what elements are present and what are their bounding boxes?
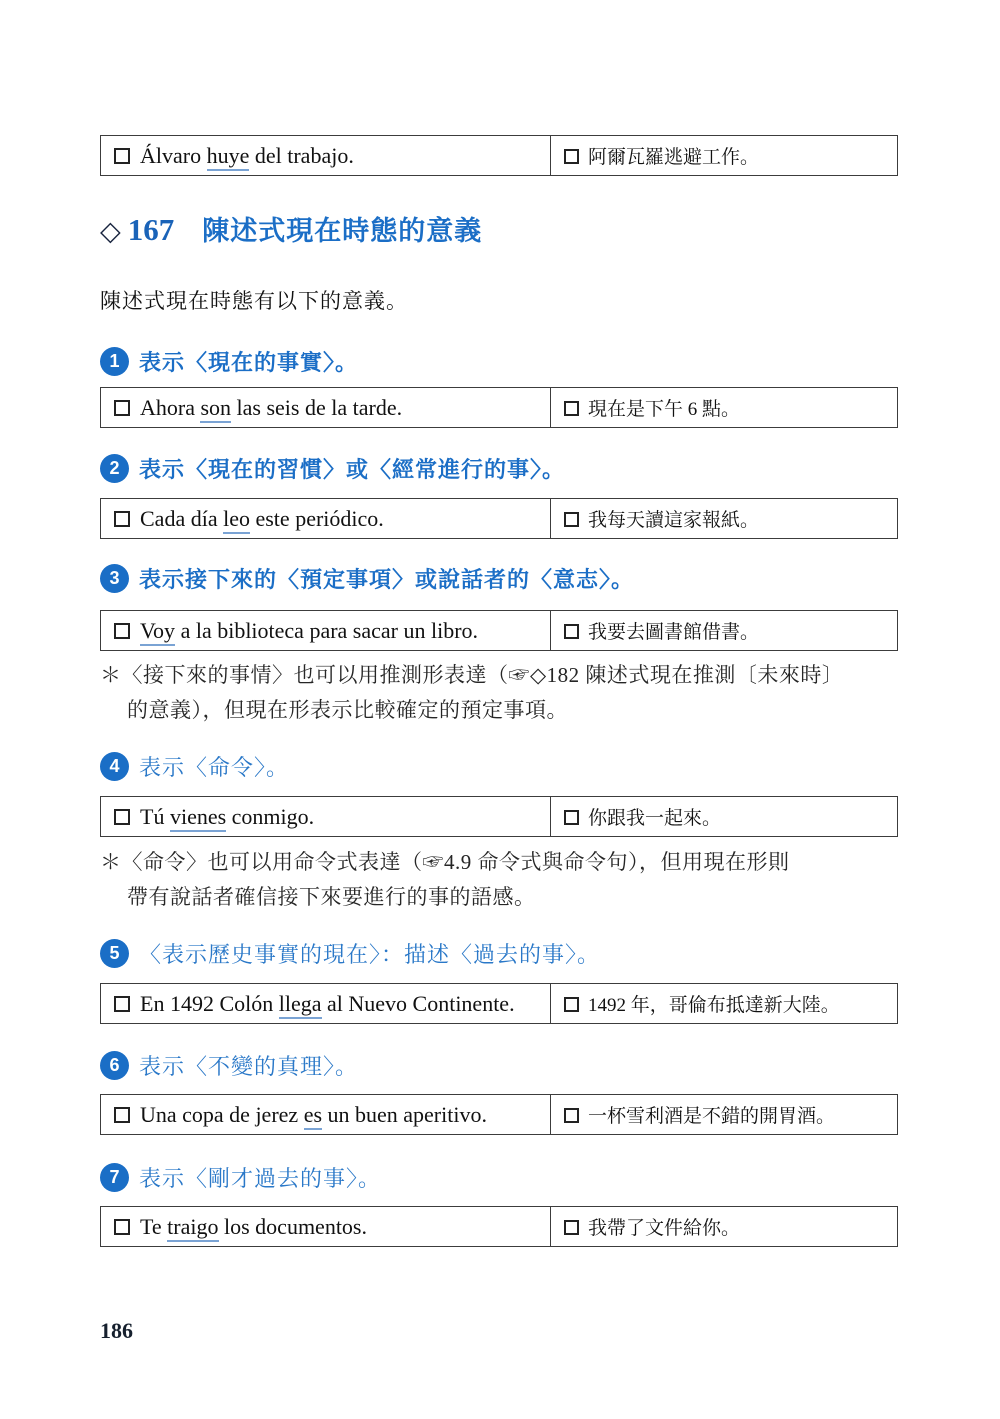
- es-pre: En 1492 Colón: [140, 991, 279, 1016]
- es-pre: Una copa de jerez: [140, 1102, 304, 1127]
- checkbox-icon: [564, 624, 579, 639]
- es-verb-underlined: son: [200, 395, 231, 423]
- point-number-badge: 3: [100, 564, 129, 593]
- section-heading: ◇ 167 陳述式現在時態的意義: [100, 209, 898, 248]
- es-post: a la biblioteca para sacar un libro.: [175, 618, 478, 643]
- es-post: al Nuevo Continente.: [322, 991, 515, 1016]
- page-number: 186: [100, 1318, 898, 1344]
- checkbox-icon: [114, 400, 130, 416]
- example-cell-spanish: Cada día leo este periódico.: [101, 499, 551, 538]
- example-table: En 1492 Colón llega al Nuevo Continente.…: [100, 983, 898, 1024]
- example-cell-spanish: Te traigo los documentos.: [101, 1207, 551, 1246]
- example-cell-spanish: Tú vienes conmigo.: [101, 797, 551, 836]
- es-post: conmigo.: [226, 804, 314, 829]
- example-table: Cada día leo este periódico. 我每天讀這家報紙。: [100, 498, 898, 539]
- example-cell-chinese: 1492 年，哥倫布抵達新大陸。: [551, 984, 897, 1023]
- checkbox-icon: [564, 1220, 579, 1235]
- section-title: 陳述式現在時態的意義: [202, 209, 482, 248]
- es-verb-underlined: huye: [207, 143, 250, 171]
- checkbox-icon: [114, 996, 130, 1012]
- point-number-badge: 1: [100, 347, 129, 376]
- example-cell-chinese: 你跟我一起來。: [551, 797, 897, 836]
- point-number-badge: 7: [100, 1163, 129, 1192]
- point-heading-7: 7 表示〈剛才過去的事〉。: [100, 1162, 898, 1193]
- example-chinese: 阿爾瓦羅逃避工作。: [588, 142, 759, 169]
- intro-text: 陳述式現在時態有以下的意義。: [100, 285, 898, 315]
- es-pre: Álvaro: [140, 143, 207, 168]
- es-post: del trabajo.: [249, 143, 353, 168]
- textbook-page: { "page_number": "186", "section": { "ma…: [0, 0, 1000, 1419]
- es-verb-underlined: llega: [279, 991, 322, 1019]
- example-chinese: 一杯雪利酒是不錯的開胃酒。: [588, 1101, 835, 1128]
- point-heading-1: 1 表示〈現在的事實〉。: [100, 346, 898, 377]
- checkbox-icon: [114, 511, 130, 527]
- checkbox-icon: [114, 623, 130, 639]
- point-number-badge: 6: [100, 1051, 129, 1080]
- example-chinese: 我每天讀這家報紙。: [588, 505, 759, 532]
- point-heading-5: 5 〈表示歷史事實的現在〉：描述〈過去的事〉。: [100, 938, 898, 969]
- example-spanish: Tú vienes conmigo.: [140, 804, 314, 830]
- example-cell-spanish: Una copa de jerez es un buen aperitivo.: [101, 1095, 551, 1134]
- example-spanish: Cada día leo este periódico.: [140, 506, 384, 532]
- note-line: ＊〈接下來的事情〉也可以用推測形表達（☞◇182 陳述式現在推測〔未來時〕: [100, 658, 898, 693]
- checkbox-icon: [564, 997, 579, 1012]
- example-cell-chinese: 我每天讀這家報紙。: [551, 499, 897, 538]
- point-heading-3: 3 表示接下來的〈預定事項〉或說話者的〈意志〉。: [100, 563, 898, 594]
- example-cell-spanish: Voy a la biblioteca para sacar un libro.: [101, 611, 551, 650]
- point-number-badge: 2: [100, 454, 129, 483]
- checkbox-icon: [564, 401, 579, 416]
- point-heading-text: 表示接下來的〈預定事項〉或說話者的〈意志〉。: [139, 563, 634, 594]
- point-number-badge: 4: [100, 752, 129, 781]
- checkbox-icon: [564, 512, 579, 527]
- point-heading-text: 表示〈剛才過去的事〉。: [139, 1162, 381, 1193]
- example-cell-chinese: 現在是下午 6 點。: [551, 388, 897, 427]
- es-post: un buen aperitivo.: [322, 1102, 487, 1127]
- point-heading-text: 表示〈現在的習慣〉或〈經常進行的事〉。: [139, 453, 565, 484]
- checkbox-icon: [564, 810, 579, 825]
- example-cell-chinese: 我要去圖書館借書。: [551, 611, 897, 650]
- checkbox-icon: [114, 809, 130, 825]
- example-table: Una copa de jerez es un buen aperitivo. …: [100, 1094, 898, 1135]
- note-line: 的意義），但現在形表示比較確定的預定事項。: [100, 693, 898, 728]
- note-block: ＊〈接下來的事情〉也可以用推測形表達（☞◇182 陳述式現在推測〔未來時〕 的意…: [100, 658, 898, 728]
- point-heading-text: 表示〈現在的事實〉。: [139, 346, 358, 377]
- point-heading-6: 6 表示〈不變的真理〉。: [100, 1050, 898, 1081]
- example-spanish: En 1492 Colón llega al Nuevo Continente.: [140, 991, 515, 1017]
- es-verb-underlined: leo: [223, 506, 250, 534]
- es-post: los documentos.: [219, 1214, 368, 1239]
- example-chinese: 我帶了文件給你。: [588, 1213, 740, 1240]
- example-spanish: Te traigo los documentos.: [140, 1214, 367, 1240]
- point-heading-2: 2 表示〈現在的習慣〉或〈經常進行的事〉。: [100, 453, 898, 484]
- es-verb-underlined: vienes: [170, 804, 226, 832]
- checkbox-icon: [114, 1107, 130, 1123]
- example-cell-spanish: Ahora son las seis de la tarde.: [101, 388, 551, 427]
- example-chinese: 1492 年，哥倫布抵達新大陸。: [588, 990, 840, 1017]
- example-cell-chinese: 一杯雪利酒是不錯的開胃酒。: [551, 1095, 897, 1134]
- example-chinese: 你跟我一起來。: [588, 803, 721, 830]
- es-verb-underlined: es: [304, 1102, 322, 1130]
- example-chinese: 我要去圖書館借書。: [588, 617, 759, 644]
- example-chinese: 現在是下午 6 點。: [588, 394, 740, 421]
- example-cell-chinese: 我帶了文件給你。: [551, 1207, 897, 1246]
- example-cell-spanish: Álvaro huye del trabajo.: [101, 136, 551, 175]
- es-pre: Te: [140, 1214, 167, 1239]
- point-heading-text: 表示〈命令〉。: [139, 751, 289, 782]
- diamond-icon: ◇: [100, 216, 121, 247]
- es-post: las seis de la tarde.: [231, 395, 402, 420]
- section-number: 167: [128, 212, 175, 248]
- point-heading-text: 表示〈不變的真理〉。: [139, 1050, 358, 1081]
- es-verb-underlined: Voy: [140, 618, 175, 646]
- es-pre: Cada día: [140, 506, 223, 531]
- checkbox-icon: [564, 149, 579, 164]
- example-table: Voy a la biblioteca para sacar un libro.…: [100, 610, 898, 651]
- example-cell-chinese: 阿爾瓦羅逃避工作。: [551, 136, 897, 175]
- checkbox-icon: [114, 148, 130, 164]
- example-table: Álvaro huye del trabajo. 阿爾瓦羅逃避工作。: [100, 135, 898, 176]
- example-cell-spanish: En 1492 Colón llega al Nuevo Continente.: [101, 984, 551, 1023]
- es-verb-underlined: traigo: [167, 1214, 218, 1242]
- note-line: ＊〈命令〉也可以用命令式表達（☞4.9 命令式與命令句），但用現在形則: [100, 845, 898, 880]
- example-spanish: Voy a la biblioteca para sacar un libro.: [140, 618, 478, 644]
- example-table: Te traigo los documentos. 我帶了文件給你。: [100, 1206, 898, 1247]
- es-pre: Tú: [140, 804, 170, 829]
- es-pre: Ahora: [140, 395, 200, 420]
- point-heading-4: 4 表示〈命令〉。: [100, 751, 898, 782]
- example-spanish: Ahora son las seis de la tarde.: [140, 395, 402, 421]
- example-spanish: Una copa de jerez es un buen aperitivo.: [140, 1102, 487, 1128]
- example-table: Ahora son las seis de la tarde. 現在是下午 6 …: [100, 387, 898, 428]
- note-block: ＊〈命令〉也可以用命令式表達（☞4.9 命令式與命令句），但用現在形則 帶有說話…: [100, 845, 898, 915]
- checkbox-icon: [564, 1108, 579, 1123]
- point-heading-text: 〈表示歷史事實的現在〉：描述〈過去的事〉。: [139, 938, 600, 969]
- point-number-badge: 5: [100, 939, 129, 968]
- example-table: Tú vienes conmigo. 你跟我一起來。: [100, 796, 898, 837]
- checkbox-icon: [114, 1219, 130, 1235]
- es-post: este periódico.: [250, 506, 384, 531]
- example-spanish: Álvaro huye del trabajo.: [140, 143, 354, 169]
- note-line: 帶有說話者確信接下來要進行的事的語感。: [100, 880, 898, 915]
